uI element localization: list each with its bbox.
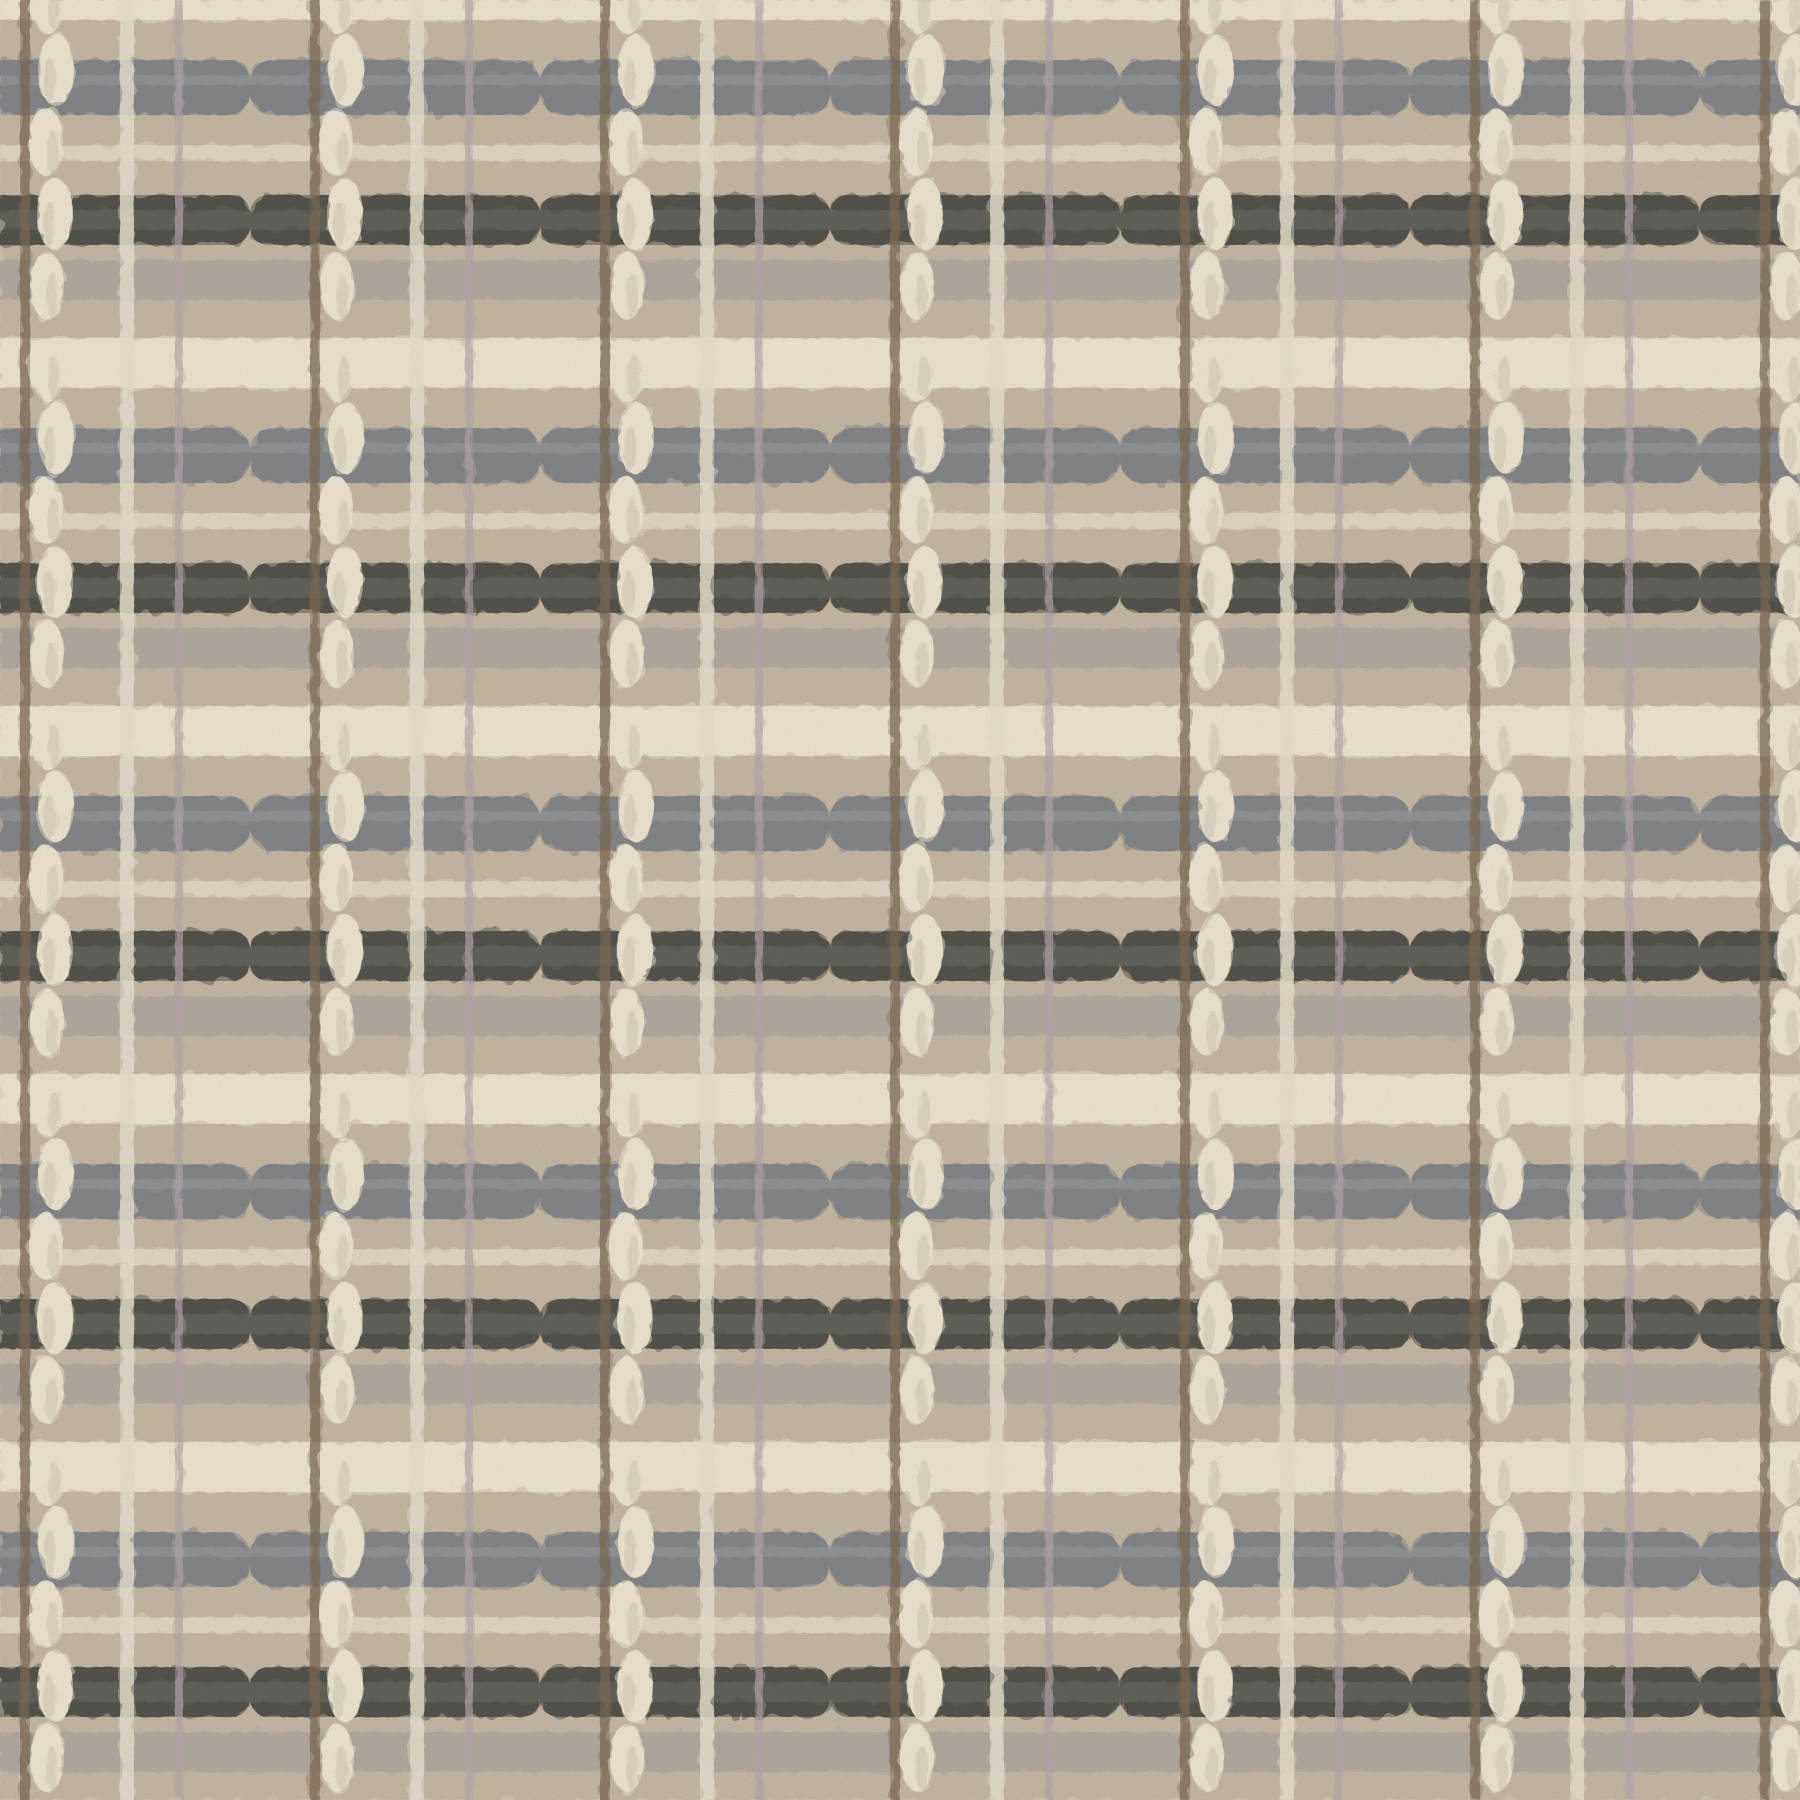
- fabric-pattern: [0, 0, 1800, 1800]
- tweed-fabric-texture: [0, 0, 1800, 1800]
